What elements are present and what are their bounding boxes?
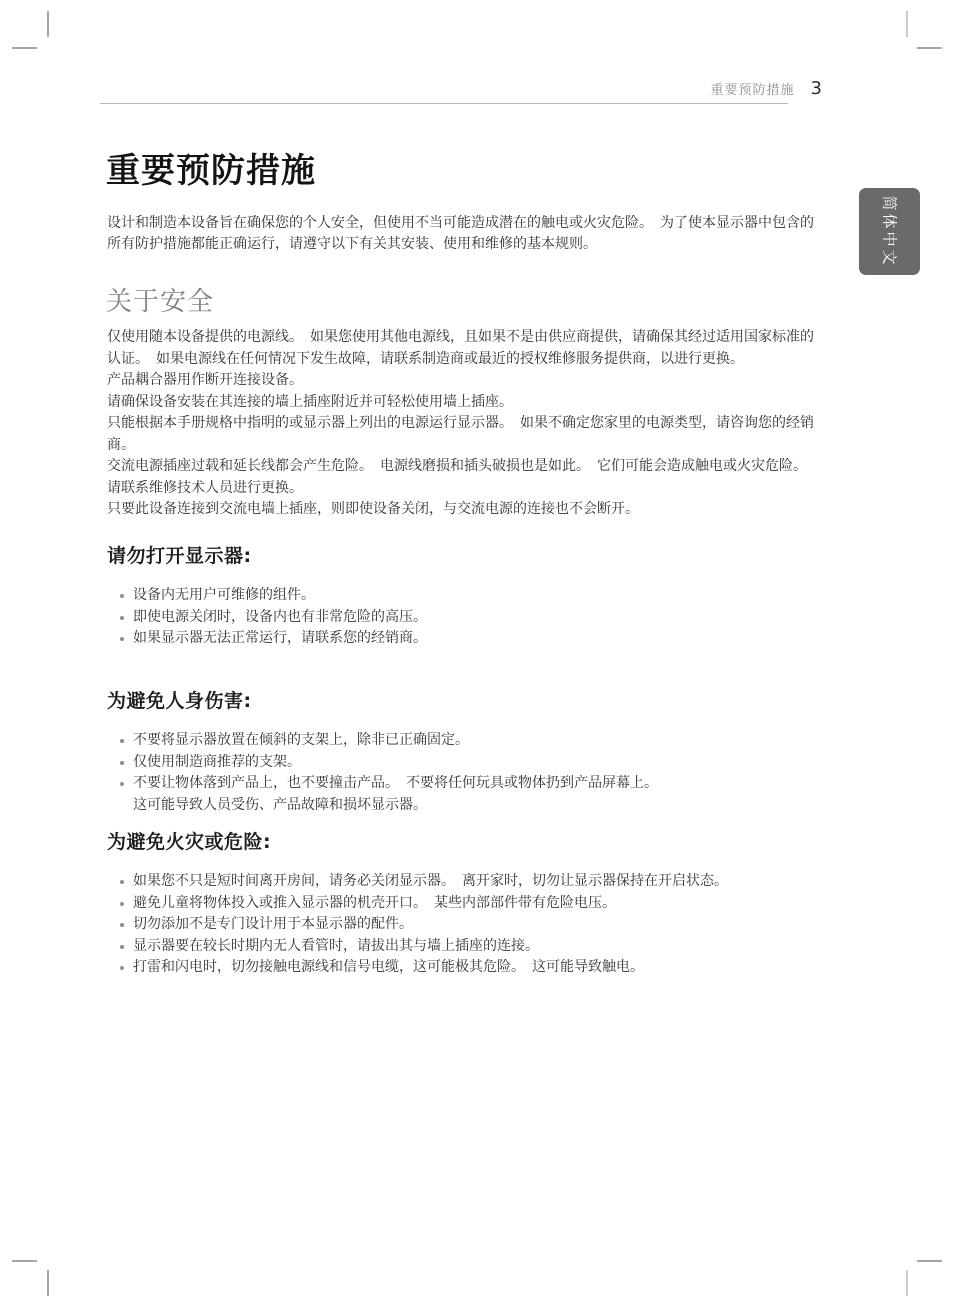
- intro-paragraph: 设计和制造本设备旨在确保您的个人安全，但使用不当可能造成潜在的触电或火灾危险。 …: [107, 213, 825, 255]
- subsection-avoid-fire: 为避免火灾或危险: 如果您不只是短时间离开房间，请务必关闭显示器。 离开家时，切…: [107, 827, 825, 979]
- safety-paragraphs: 仅使用随本设备提供的电源线。 如果您使用其他电源线，且如果不是由供应商提供，请确…: [107, 327, 825, 521]
- subsection-heading: 请勿打开显示器:: [107, 541, 825, 568]
- crop-mark-top-left-vertical: [47, 11, 49, 37]
- page-title: 重要预防措施: [106, 143, 316, 192]
- crop-mark-bottom-left-vertical: [47, 1270, 49, 1296]
- bullet-item: 打雷和闪电时，切勿接触电源线和信号电缆，这可能极其危险。 这可能导致触电。: [107, 957, 825, 979]
- bullet-item: 如果您不只是短时间离开房间，请务必关闭显示器。 离开家时，切勿让显示器保持在开启…: [107, 871, 825, 893]
- bullet-list: 如果您不只是短时间离开房间，请务必关闭显示器。 离开家时，切勿让显示器保持在开启…: [107, 871, 825, 979]
- bullet-list: 设备内无用户可维修的组件。 即使电源关闭时，设备内也有非常危险的高压。 如果显示…: [107, 585, 825, 650]
- running-title: 重要预防措施: [711, 79, 795, 98]
- bullet-item: 设备内无用户可维修的组件。: [107, 585, 825, 607]
- bullet-item: 切勿添加不是专门设计用于本显示器的配件。: [107, 914, 825, 936]
- body-paragraph: 交流电源插座过载和延长线都会产生危险。 电源线磨损和插头破损也是如此。 它们可能…: [107, 456, 825, 499]
- bullet-item: 不要让物体落到产品上，也不要撞击产品。 不要将任何玩具或物体扔到产品屏幕上。 这…: [107, 773, 825, 816]
- page-number: 3: [811, 78, 822, 99]
- subsection-do-not-open: 请勿打开显示器: 设备内无用户可维修的组件。 即使电源关闭时，设备内也有非常危险…: [107, 541, 825, 650]
- subsection-heading: 为避免火灾或危险:: [107, 827, 825, 854]
- crop-mark-bottom-left-horizontal: [12, 1260, 37, 1262]
- body-paragraph: 请确保设备安装在其连接的墙上插座附近并可轻松使用墙上插座。: [107, 392, 825, 414]
- crop-mark-top-right-vertical: [906, 11, 908, 37]
- header-rule: [100, 103, 788, 104]
- body-paragraph: 产品耦合器用作断开连接设备。: [107, 370, 825, 392]
- bullet-list: 不要将显示器放置在倾斜的支架上，除非已正确固定。 仅使用制造商推荐的支架。 不要…: [107, 730, 825, 816]
- crop-mark-bottom-right-horizontal: [917, 1260, 942, 1262]
- manual-page: 重要预防措施 3 简体中文 重要预防措施 设计和制造本设备旨在确保您的个人安全，…: [0, 0, 955, 1309]
- subsection-heading: 为避免人身伤害:: [107, 686, 825, 713]
- bullet-item: 不要将显示器放置在倾斜的支架上，除非已正确固定。: [107, 730, 825, 752]
- body-paragraph: 只要此设备连接到交流电墙上插座，则即使设备关闭，与交流电源的连接也不会断开。: [107, 499, 825, 521]
- section-heading-safety: 关于安全: [106, 281, 214, 318]
- body-paragraph: 只能根据本手册规格中指明的或显示器上列出的电源运行显示器。 如果不确定您家里的电…: [107, 413, 825, 456]
- body-paragraph: 仅使用随本设备提供的电源线。 如果您使用其他电源线，且如果不是由供应商提供，请确…: [107, 327, 825, 370]
- bullet-item: 显示器要在较长时期内无人看管时，请拔出其与墙上插座的连接。: [107, 936, 825, 958]
- crop-mark-top-left-horizontal: [12, 47, 37, 49]
- crop-mark-bottom-right-vertical: [906, 1270, 908, 1296]
- bullet-item: 如果显示器无法正常运行，请联系您的经销商。: [107, 628, 825, 650]
- bullet-item: 避免儿童将物体投入或推入显示器的机壳开口。 某些内部部件带有危险电压。: [107, 893, 825, 915]
- page-header: 重要预防措施 3: [100, 78, 822, 102]
- language-tab-label: 简体中文: [879, 195, 900, 267]
- subsection-avoid-injury: 为避免人身伤害: 不要将显示器放置在倾斜的支架上，除非已正确固定。 仅使用制造商…: [107, 686, 825, 816]
- bullet-item: 即使电源关闭时，设备内也有非常危险的高压。: [107, 607, 825, 629]
- crop-mark-top-right-horizontal: [917, 47, 942, 49]
- bullet-item: 仅使用制造商推荐的支架。: [107, 752, 825, 774]
- language-tab: 简体中文: [859, 188, 920, 275]
